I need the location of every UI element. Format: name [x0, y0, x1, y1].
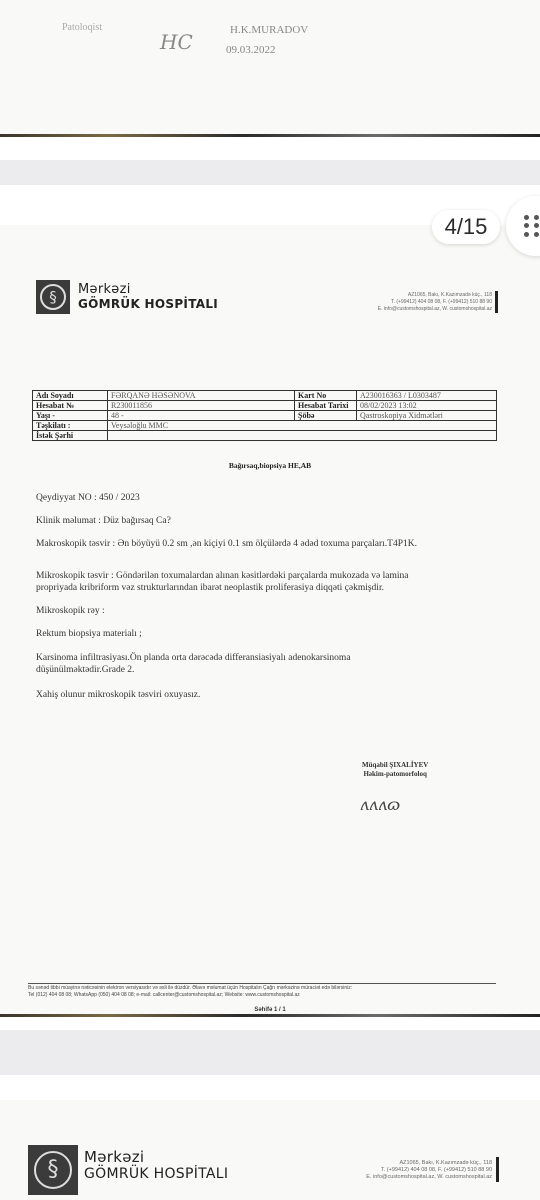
role-label: Patoloqist [62, 22, 102, 33]
value: Qastroskopiya Xidmətləri [357, 411, 497, 421]
footer-page-number: Səhifə 1 / 1 [0, 1007, 540, 1013]
microscopic-description-2: propriyada kribriform vəz strukturlarınd… [36, 582, 384, 594]
document-photo: § Mərkəzi GÖMRÜK HOSPİTALI AZ1065, Bakı,… [0, 1100, 540, 1200]
table-row: Yaşı - 48 - Şöbə Qastroskopiya Xidmətlər… [33, 411, 497, 421]
value [108, 431, 497, 441]
phone-line: T. (+99412) 404 08 08, F. (+99412) 510 8… [366, 1167, 492, 1174]
label: İstək Şərhi [33, 431, 108, 441]
page-indicator: 4/15 [432, 210, 500, 244]
hospital-name-line1: Mərkəzi [84, 1148, 144, 1166]
request-note: Xahiş olunur mikroskopik təsviri oxuyası… [36, 689, 200, 701]
label: Təşkilatı : [33, 421, 108, 431]
label: Yaşı - [33, 411, 108, 421]
clinical-info: Klinik məlumat : Düz bağırsaq Ca? [36, 515, 171, 527]
hospital-name-line2: GÖMRÜK HOSPİTALI [78, 297, 218, 311]
label: Kart No [295, 391, 357, 401]
signature: HC [160, 30, 193, 54]
footer-text: Bu sənəd tibbi müayinə nəticəsinin elekt… [28, 985, 352, 998]
conclusion-1: Karsinoma infiltrasiyası.Ön planda orta … [36, 652, 351, 664]
value: R230011856 [108, 401, 295, 411]
footer-line: Tel (012) 404 08 08; WhatsApp (050) 404 … [28, 992, 352, 999]
hospital-name-line1: Mərkəzi [78, 282, 131, 297]
conclusion-2: düşünülməktədir.Grade 2. [36, 664, 134, 676]
address-bar [496, 1157, 499, 1182]
label: Adı Soyadı [33, 391, 108, 401]
photo-edge [0, 1014, 540, 1017]
current-page: § Mərkəzi GÖMRÜK HOSPİTALI AZ1065, Bakı,… [0, 185, 540, 1030]
address-line: AZ1065, Bakı, K.Kazımzadə küç., 118 [378, 292, 492, 299]
hospital-address: AZ1065, Bakı, K.Kazımzadə küç., 118 T. (… [366, 1160, 492, 1181]
value: FƏRQANƏ HƏSƏNOVA [108, 391, 295, 401]
patient-info-table: Adı Soyadı FƏRQANƏ HƏSƏNOVA Kart No A230… [32, 390, 497, 441]
document-photo: Patoloqist HC H.K.MURADOV 09.03.2022 [0, 0, 540, 135]
table-row: Hesabat № R230011856 Hesabat Tarixi 08/0… [33, 401, 497, 411]
next-page: § Mərkəzi GÖMRÜK HOSPİTALI AZ1065, Bakı,… [0, 1075, 540, 1200]
document-photo: § Mərkəzi GÖMRÜK HOSPİTALI AZ1065, Bakı,… [0, 225, 540, 1015]
value: 48 - [108, 411, 295, 421]
signer: Müqabil ŞIXALİYEV Həkim-patomorfoloq [362, 761, 428, 779]
table-row: Təşkilatı : Veysəloğlu MMC [33, 421, 497, 431]
macroscopic-description: Makroskopik təsvir : Ən böyüyü 0.2 sm ,ə… [36, 538, 417, 550]
report-title: Bağırsaq,biopsiya HE,AB [0, 461, 540, 470]
label: Hesabat Tarixi [295, 401, 357, 411]
photo-edge [0, 134, 540, 137]
microscopic-description-1: Mikroskopik təsvir : Göndərilən toxumala… [36, 570, 409, 582]
label: Hesabat № [33, 401, 108, 411]
address-bar [495, 291, 498, 313]
table-row: Adı Soyadı FƏRQANƏ HƏSƏNOVA Kart No A230… [33, 391, 497, 401]
value: A230016363 / L0303487 [357, 391, 497, 401]
address-line: AZ1065, Bakı, K.Kazımzadə küç., 118 [366, 1160, 492, 1167]
label: Şöbə [295, 411, 357, 421]
web-line: E. info@customshospital.az, W. customsho… [366, 1174, 492, 1181]
hospital-logo-icon: § [28, 1145, 78, 1195]
grid-dots-icon [524, 215, 540, 237]
value: 08/02/2023 13:02 [357, 401, 497, 411]
microscopic-opinion: Mikroskopik rəy : [36, 605, 105, 617]
web-line: E. info@customshospital.az, W. customsho… [378, 306, 492, 313]
footer-line: Bu sənəd tibbi müayinə nəticəsinin elekt… [28, 985, 352, 992]
signature: ʌʌʌɷ [360, 795, 400, 814]
table-row: İstək Şərhi [33, 431, 497, 441]
signer-name: Müqabil ŞIXALİYEV [362, 761, 428, 770]
previous-page: Patoloqist HC H.K.MURADOV 09.03.2022 [0, 0, 540, 160]
doctor-name: H.K.MURADOV [230, 24, 308, 36]
registration-no: Qeydiyyat NO : 450 / 2023 [36, 492, 140, 504]
phone-line: T. (+99412) 404 08 08, F. (+99412) 510 8… [378, 299, 492, 306]
value: Veysəloğlu MMC [108, 421, 497, 431]
signer-title: Həkim-patomorfoloq [362, 770, 428, 779]
material: Rektum biopsiya materialı ; [36, 628, 142, 640]
footer-divider [28, 983, 496, 984]
date: 09.03.2022 [226, 44, 276, 56]
hospital-name-line2: GÖMRÜK HOSPİTALI [84, 1166, 228, 1182]
hospital-logo-icon: § [36, 280, 70, 314]
hospital-address: AZ1065, Bakı, K.Kazımzadə küç., 118 T. (… [378, 292, 492, 313]
